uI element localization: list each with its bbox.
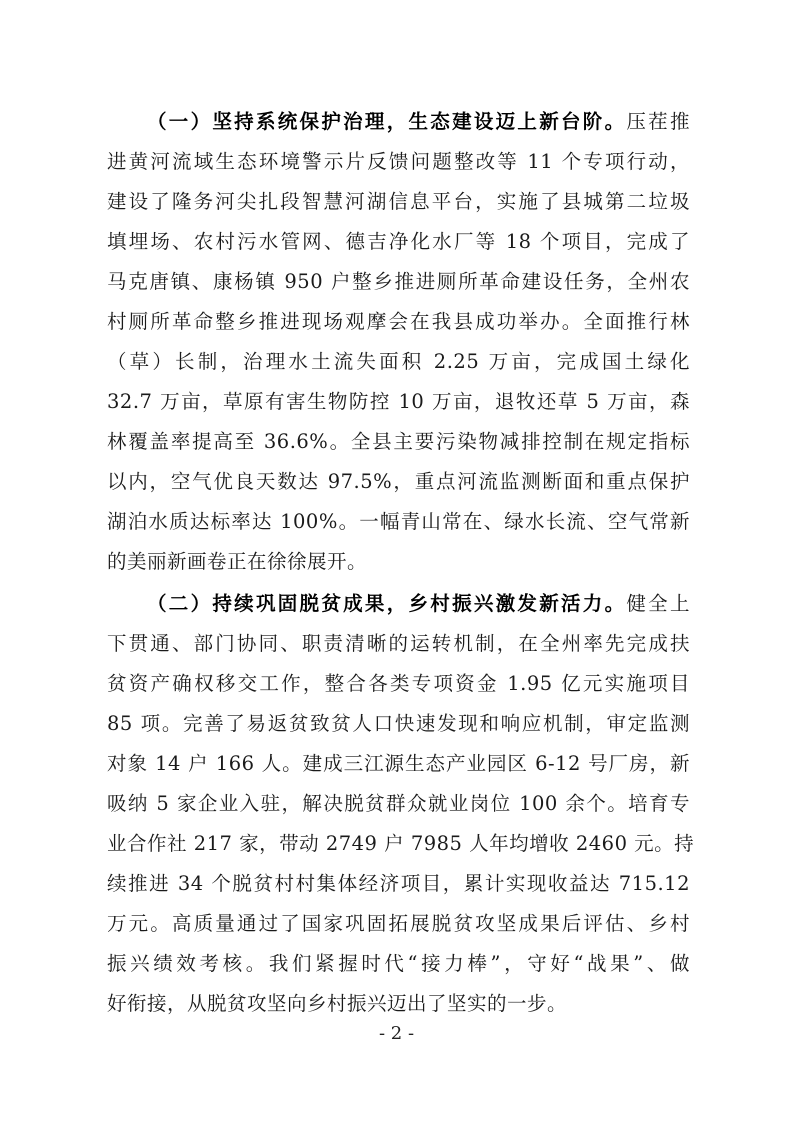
- section-2-line-1: （二）持续巩固脱贫成果，乡村振兴激发新活力。健全上: [147, 584, 690, 624]
- section-1-line-12: 的美丽新画卷正在徐徐展开。: [107, 542, 690, 582]
- section-1-line-6: 村厕所革命整乡推进现场观摩会在我县成功举办。全面推行林: [107, 302, 690, 342]
- section-1-line-9: 林覆盖率提高至 36.6%。全县主要污染物减排控制在规定指标: [107, 422, 690, 462]
- section-2-line-9: 万元。高质量通过了国家巩固拓展脱贫攻坚成果后评估、乡村: [107, 904, 690, 944]
- section-2-heading: （二）持续巩固脱贫成果，乡村振兴激发新活力。: [147, 592, 626, 615]
- section-1-line-8: 32.7 万亩，草原有害生物防控 10 万亩，退牧还草 5 万亩，森: [107, 382, 690, 422]
- section-1-text: 压茬推: [626, 110, 690, 133]
- section-2-line-4: 85 项。完善了易返贫致贫人口快速发现和响应机制，审定监测: [107, 704, 690, 744]
- section-1-line-5: 马克唐镇、康杨镇 950 户整乡推进厕所革命建设任务，全州农: [107, 262, 690, 302]
- section-2-line-2: 下贯通、部门协同、职责清晰的运转机制，在全州率先完成扶: [107, 624, 690, 664]
- section-1-line-1: （一）坚持系统保护治理，生态建设迈上新台阶。压茬推: [147, 102, 690, 142]
- section-2-line-10: 振兴绩效考核。我们紧握时代“接力棒”，守好“战果”、做: [107, 944, 690, 984]
- section-2-line-11: 好衔接，从脱贫攻坚向乡村振兴迈出了坚实的一步。: [107, 984, 690, 1024]
- section-1-heading: （一）坚持系统保护治理，生态建设迈上新台阶。: [147, 110, 626, 133]
- section-2-line-3: 贫资产确权移交工作，整合各类专项资金 1.95 亿元实施项目: [107, 664, 690, 704]
- section-1-line-7: （草）长制，治理水土流失面积 2.25 万亩，完成国土绿化: [107, 342, 690, 382]
- section-2-line-6: 吸纳 5 家企业入驻，解决脱贫群众就业岗位 100 余个。培育专: [107, 784, 690, 824]
- section-2-text: 健全上: [626, 592, 690, 615]
- section-1-line-10: 以内，空气优良天数达 97.5%，重点河流监测断面和重点保护: [107, 462, 690, 502]
- section-2-line-8: 续推进 34 个脱贫村村集体经济项目，累计实现收益达 715.12: [107, 864, 690, 904]
- section-1-line-11: 湖泊水质达标率达 100%。一幅青山常在、绿水长流、空气常新: [107, 502, 690, 542]
- section-2-line-7: 业合作社 217 家，带动 2749 户 7985 人年均增收 2460 元。持: [107, 824, 690, 864]
- document-page: （一）坚持系统保护治理，生态建设迈上新台阶。压茬推 进黄河流域生态环境警示片反馈…: [0, 0, 793, 1122]
- section-1-line-3: 建设了隆务河尖扎段智慧河湖信息平台，实施了县城第二垃圾: [107, 182, 690, 222]
- section-2-line-5: 对象 14 户 166 人。建成三江源生态产业园区 6-12 号厂房，新: [107, 744, 690, 784]
- section-1-line-2: 进黄河流域生态环境警示片反馈问题整改等 11 个专项行动，: [107, 142, 690, 182]
- page-number: - 2 -: [0, 1022, 793, 1046]
- section-1-line-4: 填埋场、农村污水管网、德吉净化水厂等 18 个项目，完成了: [107, 222, 690, 262]
